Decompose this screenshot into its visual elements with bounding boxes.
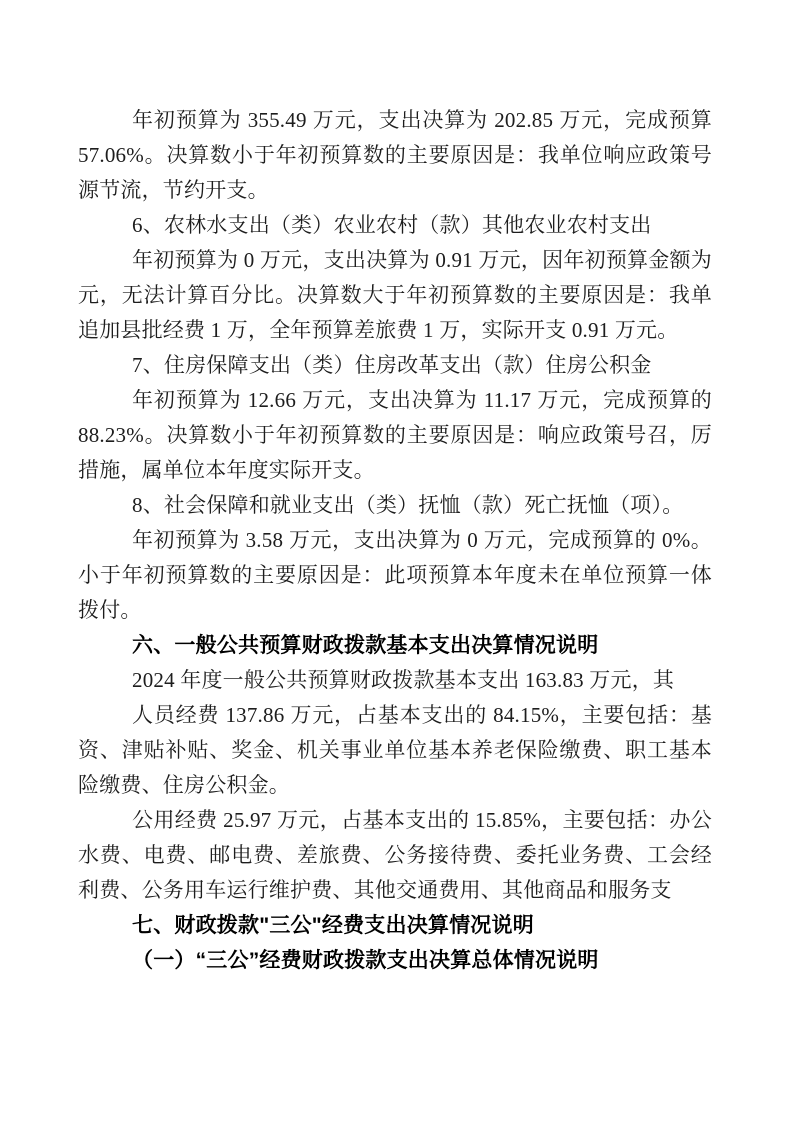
paragraph-text-line: 小于年初预算数的主要原因是：此项预算本年度未在单位预算一体化账户 <box>78 558 712 593</box>
paragraph-text-line: 年初预算为 3.58 万元，支出决算为 0 万元，完成预算的 0%。决算数 <box>78 523 712 558</box>
section-heading-line: 七、财政拨款"三公"经费支出决算情况说明 <box>78 908 712 943</box>
paragraph-text-line: 源节流，节约开支。 <box>78 173 712 208</box>
paragraph-text-line: 人员经费 137.86 万元，占基本支出的 84.15%，主要包括：基本工 <box>78 698 712 733</box>
paragraph-text-line: 8、社会保障和就业支出（类）抚恤（款）死亡抚恤（项）。 <box>78 488 712 523</box>
paragraph-text-line: 年初预算为 12.66 万元，支出决算为 11.17 万元，完成预算的 <box>78 383 712 418</box>
paragraph-text-line: 公用经费 25.97 万元，占基本支出的 15.85%，主要包括：办公费、 <box>78 803 712 838</box>
paragraph-text-line: 6、农林水支出（类）农业农村（款）其他农业农村支出（项）。 <box>78 208 712 243</box>
paragraph-text-line: 元，无法计算百分比。决算数大于年初预算数的主要原因是：我单位年内 <box>78 278 712 313</box>
section-heading-line: （一）“三公”经费财政拨款支出决算总体情况说明 <box>78 943 712 978</box>
paragraph-text-line: 水费、电费、邮电费、差旅费、公务接待费、委托业务费、工会经费、福 <box>78 838 712 873</box>
paragraph-text-line: 88.23%。决算数小于年初预算数的主要原因是：响应政策号召，厉行节约 <box>78 418 712 453</box>
paragraph-text-line: 57.06%。决算数小于年初预算数的主要原因是：我单位响应政策号召，开 <box>78 138 712 173</box>
paragraph-text-line: 2024 年度一般公共预算财政拨款基本支出 163.83 万元，其中： <box>78 663 712 698</box>
paragraph-text-line: 年初预算为 0 万元，支出决算为 0.91 万元，因年初预算金额为 0 万 <box>78 243 712 278</box>
paragraph-text-line: 利费、公务用车运行维护费、其他交通费用、其他商品和服务支出。 <box>78 873 712 908</box>
paragraph-text-line: 拨付。 <box>78 593 712 628</box>
paragraph-text-line: 险缴费、住房公积金。 <box>78 768 712 803</box>
paragraph-text-line: 年初预算为 355.49 万元，支出决算为 202.85 万元，完成预算的 <box>78 103 712 138</box>
document-page: 年初预算为 355.49 万元，支出决算为 202.85 万元，完成预算的57.… <box>0 0 793 1122</box>
paragraph-text-line: 资、津贴补贴、奖金、机关事业单位基本养老保险缴费、职工基本医疗保 <box>78 733 712 768</box>
section-heading-line: 六、一般公共预算财政拨款基本支出决算情况说明 <box>78 628 712 663</box>
paragraph-text-line: 7、住房保障支出（类）住房改革支出（款）住房公积金（项）。 <box>78 348 712 383</box>
document-content: 年初预算为 355.49 万元，支出决算为 202.85 万元，完成预算的57.… <box>78 103 712 978</box>
paragraph-text-line: 追加县批经费 1 万，全年预算差旅费 1 万，实际开支 0.91 万元。 <box>78 313 712 348</box>
paragraph-text-line: 措施，属单位本年度实际开支。 <box>78 453 712 488</box>
